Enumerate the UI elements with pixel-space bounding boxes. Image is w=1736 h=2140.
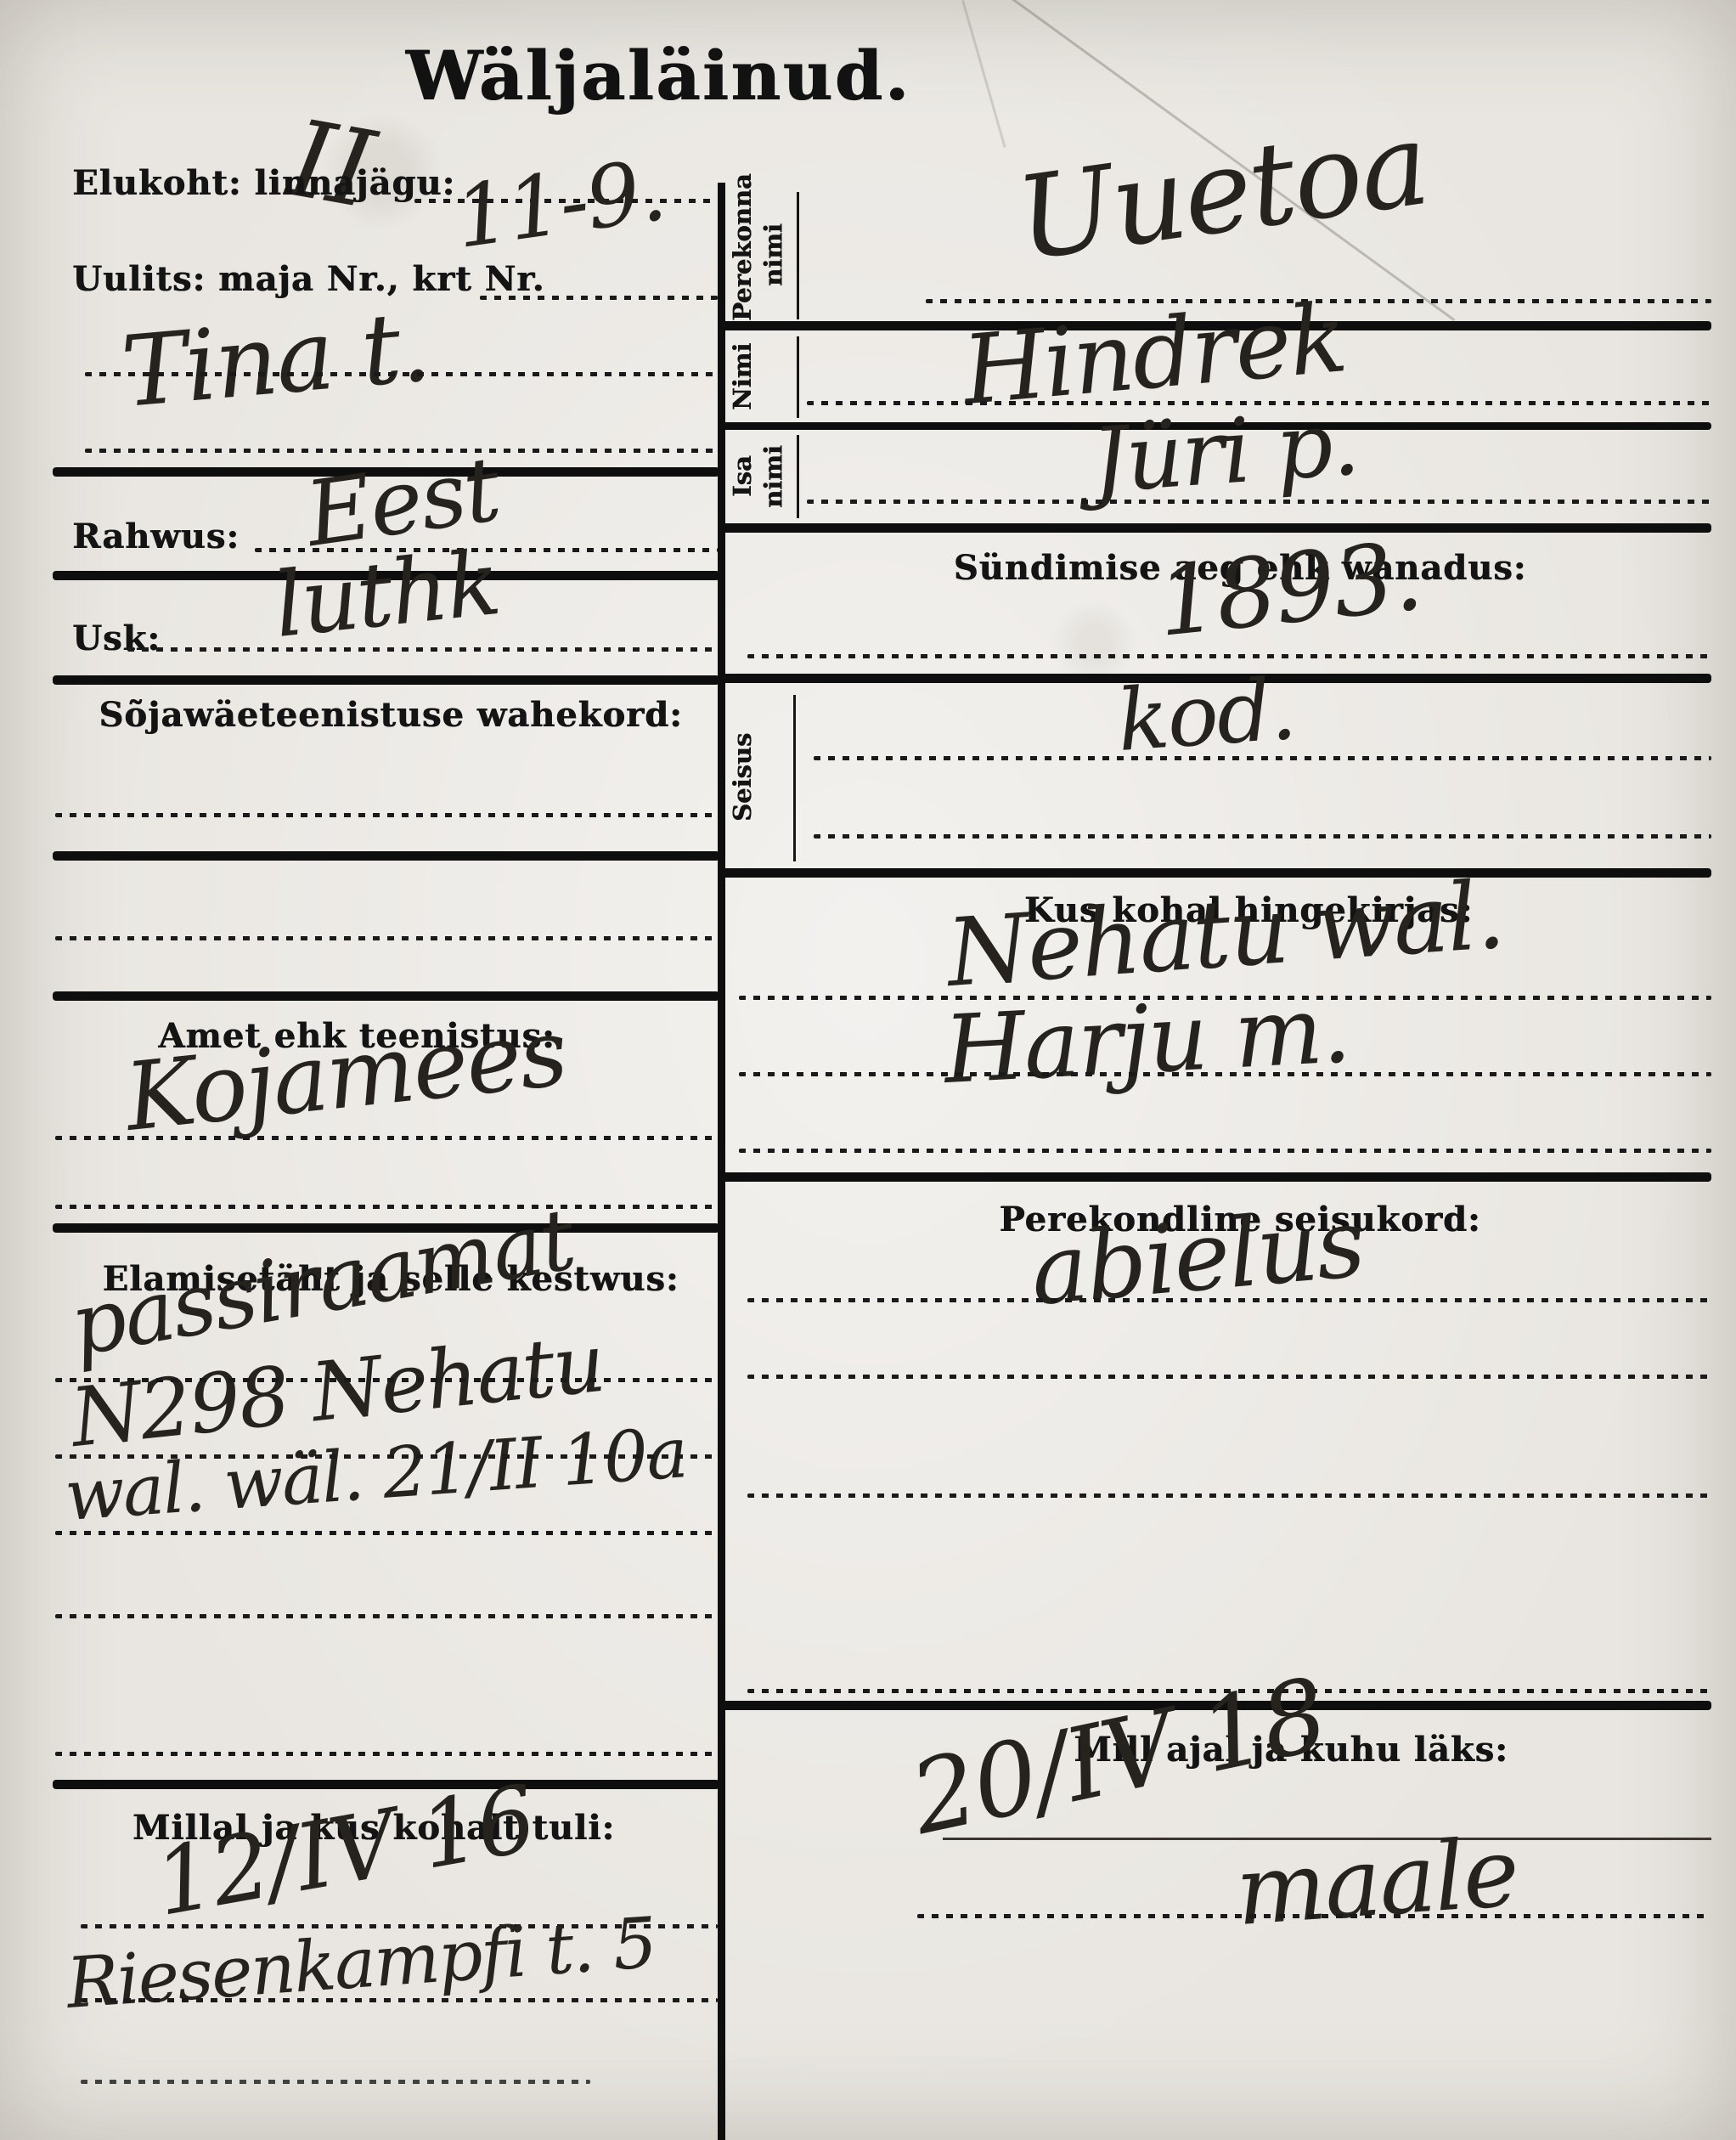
dotted-line (55, 1454, 718, 1459)
house-number-value: 11-9. (449, 140, 670, 268)
paper-crease (961, 0, 1006, 148)
nationality-label: Rahwus: (72, 517, 240, 556)
label-divider (793, 695, 796, 861)
dotted-line (55, 1205, 718, 1209)
father-name-value: Jüri p. (1088, 391, 1361, 513)
departure-place-value: maale (1232, 1817, 1521, 1947)
dotted-line (55, 813, 718, 817)
social-status-label: Seisus (727, 690, 792, 865)
dotted-line (85, 372, 718, 376)
military-service-label: Sõjawäeteenistuse wahekord: (99, 695, 682, 735)
first-name-label: Nimi (727, 333, 797, 421)
dotted-line (739, 1149, 1711, 1153)
label-divider (797, 435, 799, 518)
birth-value: 1893. (1152, 521, 1426, 658)
dotted-line (480, 296, 718, 300)
dotted-line (814, 756, 1711, 760)
residence-label: Elukoht: linnajägu: (72, 163, 455, 203)
dotted-line (807, 500, 1711, 504)
social-status-value: kod. (1114, 659, 1298, 771)
surname-label: Perekonna nimi (727, 189, 797, 321)
dotted-line (127, 647, 718, 652)
separator-bar (720, 523, 1711, 533)
registration-card: Wäljaläinud. II Elukoht: linnajägu: 11-9… (0, 0, 1736, 2140)
father-name-label: Isa nimi (727, 432, 797, 522)
separator-bar (53, 1780, 719, 1789)
arrival-date-value: 12/IV 16 (147, 1766, 542, 1937)
dotted-line (739, 1072, 1711, 1076)
dotted-line (55, 1614, 718, 1618)
dotted-line (55, 1378, 718, 1382)
dotted-line (747, 654, 1711, 658)
dotted-line (55, 1531, 718, 1535)
dotted-line (81, 2080, 590, 2084)
dotted-line (747, 1298, 1711, 1302)
dotted-line (747, 1493, 1711, 1498)
street-name-value: Tina t. (117, 290, 433, 430)
dotted-line (81, 1998, 718, 2002)
dotted-line (55, 936, 718, 940)
page-title: Wäljaläinud. (406, 36, 911, 116)
religion-value: luthk (269, 531, 504, 658)
dotted-line (747, 1375, 1711, 1379)
street-label: Uulits: maja Nr., krt Nr. (72, 259, 544, 299)
dotted-line (55, 1752, 718, 1756)
label-divider (797, 336, 799, 418)
departure-date-value: 20/IV 18 (901, 1655, 1335, 1857)
separator-bar (720, 1172, 1711, 1182)
label-divider (797, 192, 799, 319)
parish-register-line2: Harju m. (941, 974, 1351, 1104)
separator-bar (53, 675, 719, 685)
dotted-line (55, 1136, 718, 1140)
separator-bar (53, 851, 719, 861)
arrival-place-value: Riesenkampfi t. 5 (64, 1903, 658, 2024)
dotted-line (814, 834, 1711, 838)
column-divider (718, 183, 725, 2140)
dotted-line (917, 1914, 1711, 1918)
separator-bar (720, 868, 1711, 878)
religion-label: Usk: (72, 618, 161, 658)
separator-bar (53, 991, 719, 1001)
